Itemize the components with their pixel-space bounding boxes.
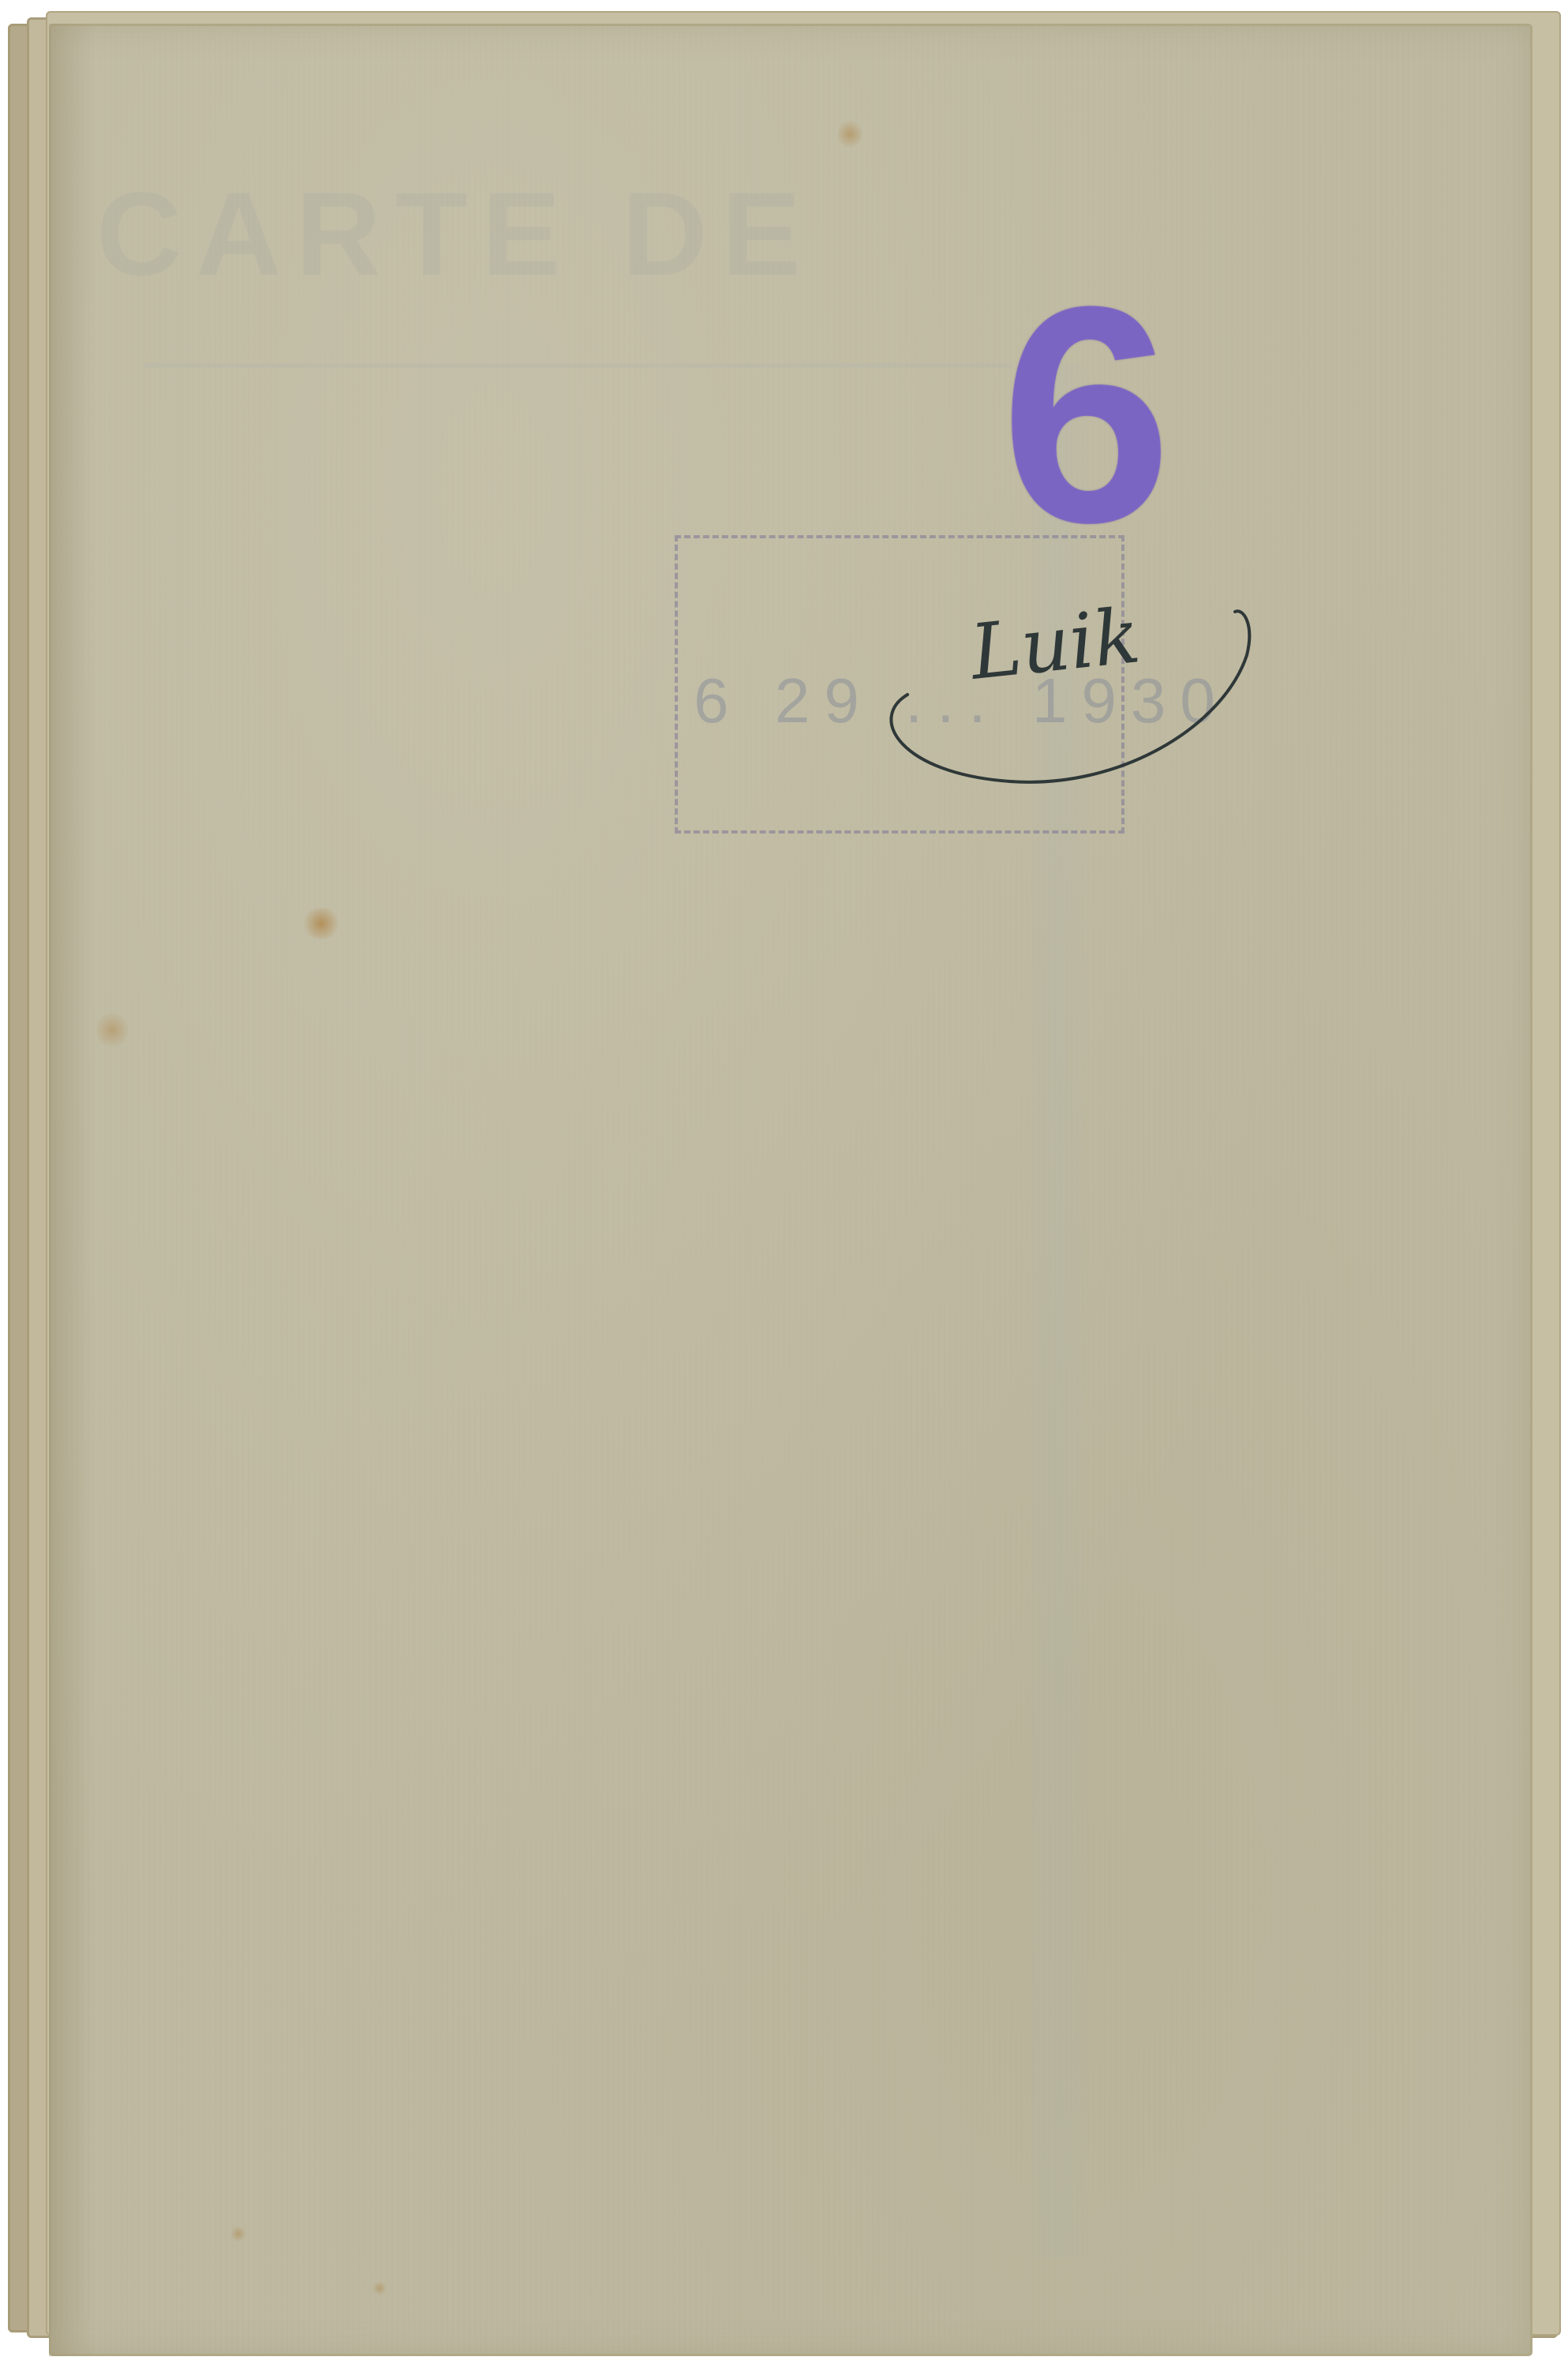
- foxing-stain: [96, 1010, 128, 1050]
- foxing-stain: [301, 908, 341, 939]
- number-stamp: 6: [1001, 260, 1172, 568]
- foxing-stain: [372, 2281, 387, 2295]
- foxing-stain: [838, 118, 862, 150]
- faint-header-rule: [144, 363, 1012, 368]
- handwritten-annotation: Luik: [852, 553, 1263, 789]
- document-cover: CARTE DE: [49, 24, 1532, 2356]
- foxing-stain: [230, 2226, 246, 2242]
- handwritten-underline-swoosh: [852, 553, 1263, 789]
- cover-spine-shadow: [49, 24, 96, 2356]
- faint-header-text: CARTE DE: [96, 166, 815, 302]
